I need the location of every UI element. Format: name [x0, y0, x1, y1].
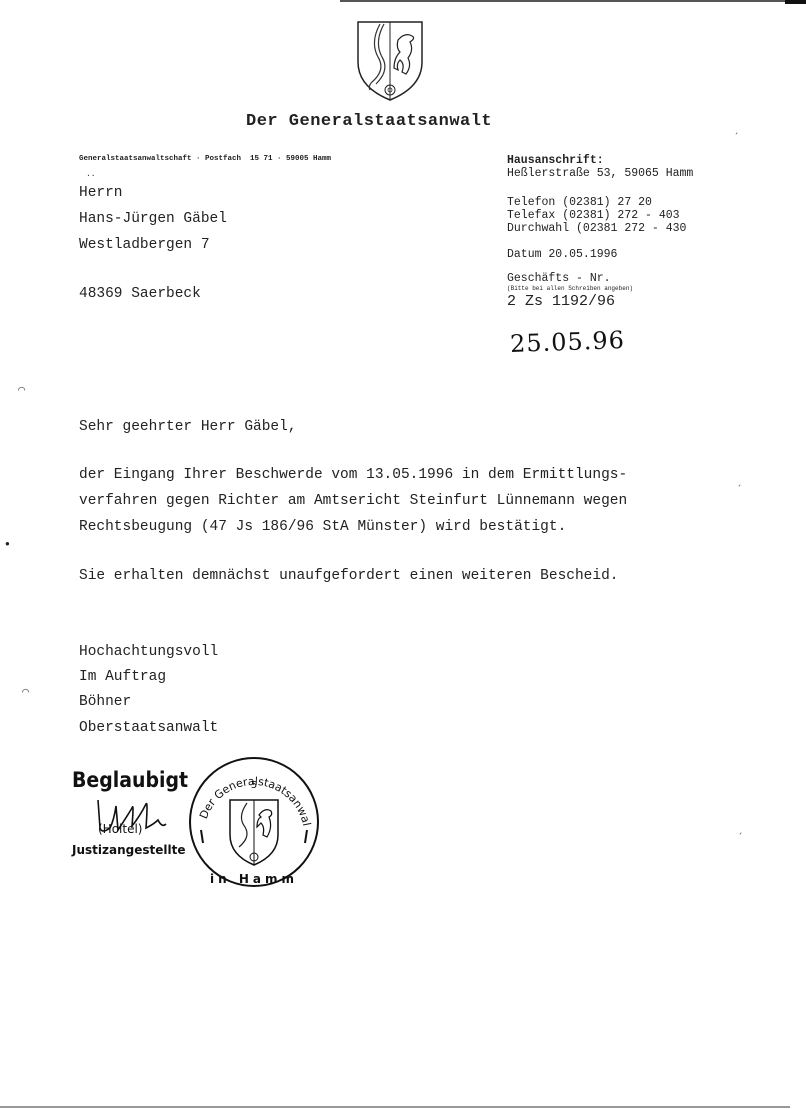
fax-number: Telefax (02381) 272 - 403 [507, 209, 680, 222]
recipient-city: 48369 Saerbeck [79, 286, 201, 302]
stray-marks: .. [86, 170, 96, 179]
letter-date: Datum 20.05.1996 [507, 248, 617, 261]
paragraph-line: verfahren gegen Richter am Amtsericht St… [79, 493, 627, 509]
recipient-name: Hans-Jürgen Gäbel [79, 211, 227, 227]
sender-return-address: Generalstaatsanwaltschaft · Postfach 15 … [79, 155, 331, 163]
reference-note: (Bitte bei allen Schreiben angeben) [507, 285, 633, 292]
letterhead-title: Der Generalstaatsanwalt [246, 112, 492, 131]
closing-on-behalf: Im Auftrag [79, 669, 166, 685]
svg-text:in Hamm: in Hamm [210, 872, 298, 886]
certified-stamp-label: Beglaubigt [72, 768, 188, 792]
svg-text:5: 5 [251, 780, 257, 791]
seal-top-text: Der Generalstaatsanwalt [185, 755, 313, 827]
signer-title: Oberstaatsanwalt [79, 720, 218, 736]
direct-dial: Durchwahl (02381 272 - 430 [507, 222, 686, 235]
official-seal-icon: Der Generalstaatsanwalt 5 in Hamm [185, 755, 323, 890]
hole-punch-mark: ⌒ [22, 684, 29, 699]
scan-top-edge [340, 0, 806, 2]
office-address: Heßlerstraße 53, 59065 Hamm [507, 167, 693, 180]
clerk-title: Justizangestellte [72, 843, 185, 857]
address-label: Hausanschrift: [507, 154, 604, 167]
paragraph-line: der Eingang Ihrer Beschwerde vom 13.05.1… [79, 467, 627, 483]
nrw-coat-of-arms-icon [350, 12, 430, 102]
margin-tick: ˏ [733, 122, 740, 136]
phone-number: Telefon (02381) 27 20 [507, 196, 652, 209]
clerk-name: (Holtel) [98, 822, 142, 836]
recipient-street: Westladbergen 7 [79, 237, 210, 253]
closing-regards: Hochachtungsvoll [79, 644, 218, 660]
scan-bottom-edge [0, 1106, 790, 1108]
paragraph-line: Sie erhalten demnächst unaufgefordert ei… [79, 568, 619, 584]
recipient-salutation: Herrn [79, 185, 123, 201]
handwritten-received-date: 25.05.96 [510, 326, 626, 358]
greeting: Sehr geehrter Herr Gäbel, [79, 419, 297, 435]
reference-label: Geschäfts - Nr. [507, 272, 611, 285]
stray-dot: ● [5, 540, 10, 549]
paragraph-line: Rechtsbeugung (47 Js 186/96 StA Münster)… [79, 519, 566, 535]
margin-tick: ˏ [737, 822, 744, 836]
scan-corner-edge [785, 0, 806, 4]
reference-number: 2 Zs 1192/96 [507, 293, 615, 310]
hole-punch-mark: ⌒ [18, 382, 25, 397]
svg-text:Der Generalstaatsanwalt: Der Generalstaatsanwalt [185, 755, 313, 827]
signer-name: Böhner [79, 694, 131, 710]
margin-tick: ˏ [736, 474, 743, 488]
